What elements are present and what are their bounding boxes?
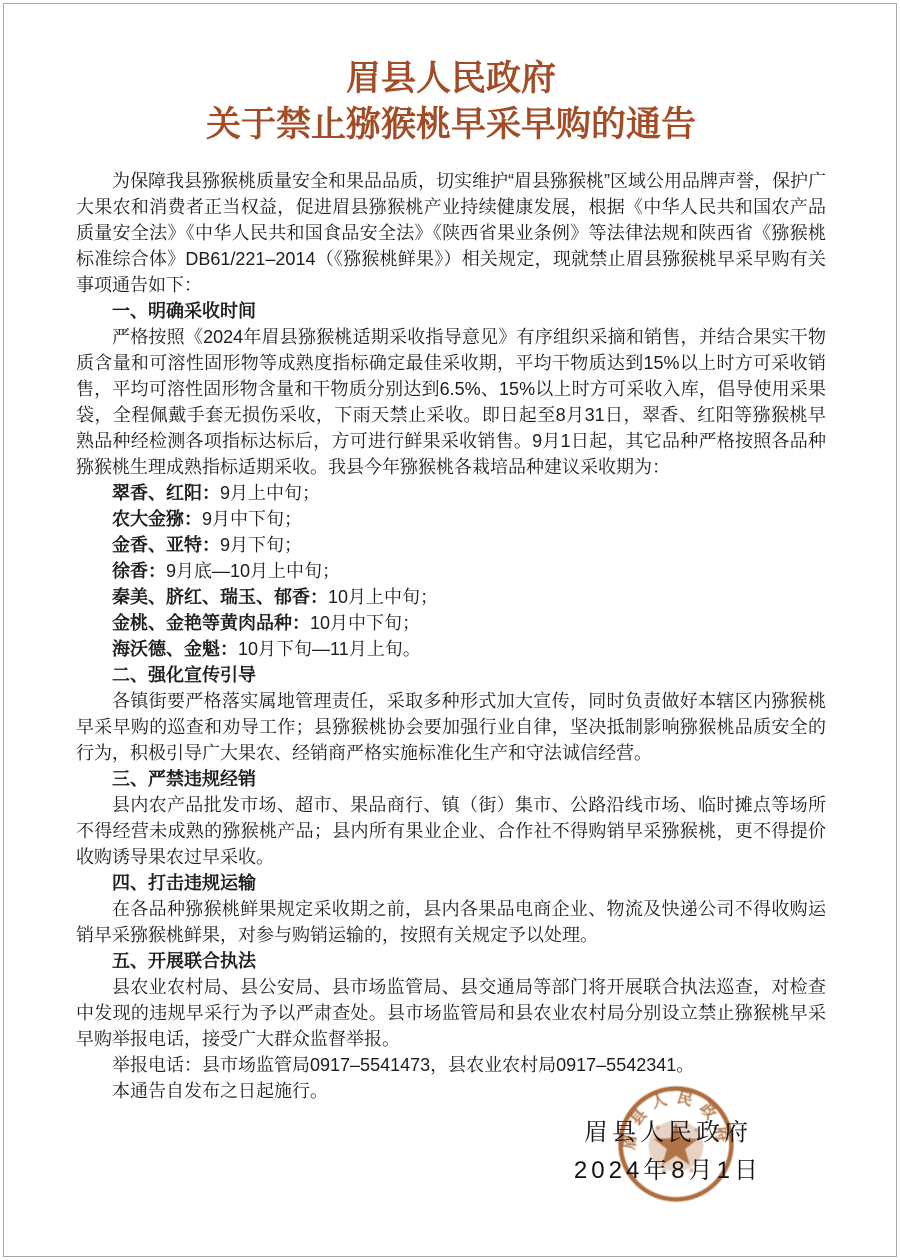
harvest-period: 9月底—10月上中旬；: [166, 561, 340, 581]
notice-document: 眉县人民政府 关于禁止猕猴桃早采早购的通告 为保障我县猕猴桃质量安全和果品品质，…: [4, 4, 896, 1256]
harvest-schedule-item: 金香、亚特：9月下旬；: [76, 532, 826, 558]
signature-block: 眉县人民政府 2024年8月1日: [574, 1114, 762, 1190]
harvest-schedule-item: 翠香、红阳：9月上中旬；: [76, 480, 826, 506]
harvest-period: 9月下旬；: [220, 535, 302, 555]
harvest-schedule-item: 徐香：9月底—10月上中旬；: [76, 558, 826, 584]
harvest-schedule-item: 秦美、脐红、瑞玉、郁香：10月上中旬；: [76, 584, 826, 610]
variety-names: 徐香：: [112, 561, 166, 581]
harvest-period: 9月上中旬；: [220, 483, 320, 503]
section-5-paragraph: 县农业农村局、县公安局、县市场监管局、县交通局等部门将开展联合执法巡查，对检查中…: [76, 974, 826, 1052]
variety-names: 秦美、脐红、瑞玉、郁香：: [112, 587, 328, 607]
variety-names: 农大金猕：: [112, 509, 202, 529]
section-4-paragraph: 在各品种猕猴桃鲜果规定采收期之前，县内各果品电商企业、物流及快递公司不得收购运销…: [76, 896, 826, 948]
section-5-heading: 五、开展联合执法: [76, 948, 826, 974]
document-title: 眉县人民政府 关于禁止猕猴桃早采早购的通告: [76, 56, 826, 148]
variety-names: 海沃德、金魁：: [112, 639, 238, 659]
harvest-period: 9月中下旬；: [202, 509, 302, 529]
harvest-schedule-item: 农大金猕：9月中下旬；: [76, 506, 826, 532]
harvest-period: 10月中下旬；: [310, 613, 420, 633]
section-4-heading: 四、打击违规运输: [76, 870, 826, 896]
section-1-paragraph: 严格按照《2024年眉县猕猴桃适期采收指导意见》有序组织采摘和销售，并结合果实干…: [76, 324, 826, 480]
variety-names: 金香、亚特：: [112, 535, 220, 555]
signature-date: 2024年8月1日: [574, 1152, 762, 1190]
title-line2: 关于禁止猕猴桃早采早购的通告: [76, 102, 826, 148]
harvest-schedule-item: 海沃德、金魁：10月下旬—11月上旬。: [76, 636, 826, 662]
section-3-heading: 三、严禁违规经销: [76, 766, 826, 792]
intro-paragraph: 为保障我县猕猴桃质量安全和果品品质，切实维护“眉县猕猴桃”区域公用品牌声誉，保护…: [76, 168, 826, 298]
section-2-heading: 二、强化宣传引导: [76, 662, 826, 688]
report-phone-line: 举报电话：县市场监管局0917–5541473，县农业农村局0917–55423…: [76, 1052, 826, 1078]
variety-names: 翠香、红阳：: [112, 483, 220, 503]
signature-issuer: 眉县人民政府: [574, 1114, 762, 1152]
section-3-paragraph: 县内农产品批发市场、超市、果品商行、镇（街）集市、公路沿线市场、临时摊点等场所不…: [76, 792, 826, 870]
variety-names: 金桃、金艳等黄肉品种：: [112, 613, 310, 633]
harvest-period: 10月下旬—11月上旬。: [238, 639, 421, 659]
title-line1: 眉县人民政府: [76, 56, 826, 102]
harvest-period: 10月上中旬；: [328, 587, 438, 607]
section-2-paragraph: 各镇街要严格落实属地管理责任，采取多种形式加大宣传，同时负责做好本辖区内猕猴桃早…: [76, 688, 826, 766]
harvest-schedule-item: 金桃、金艳等黄肉品种：10月中下旬；: [76, 610, 826, 636]
section-1-heading: 一、明确采收时间: [76, 298, 826, 324]
